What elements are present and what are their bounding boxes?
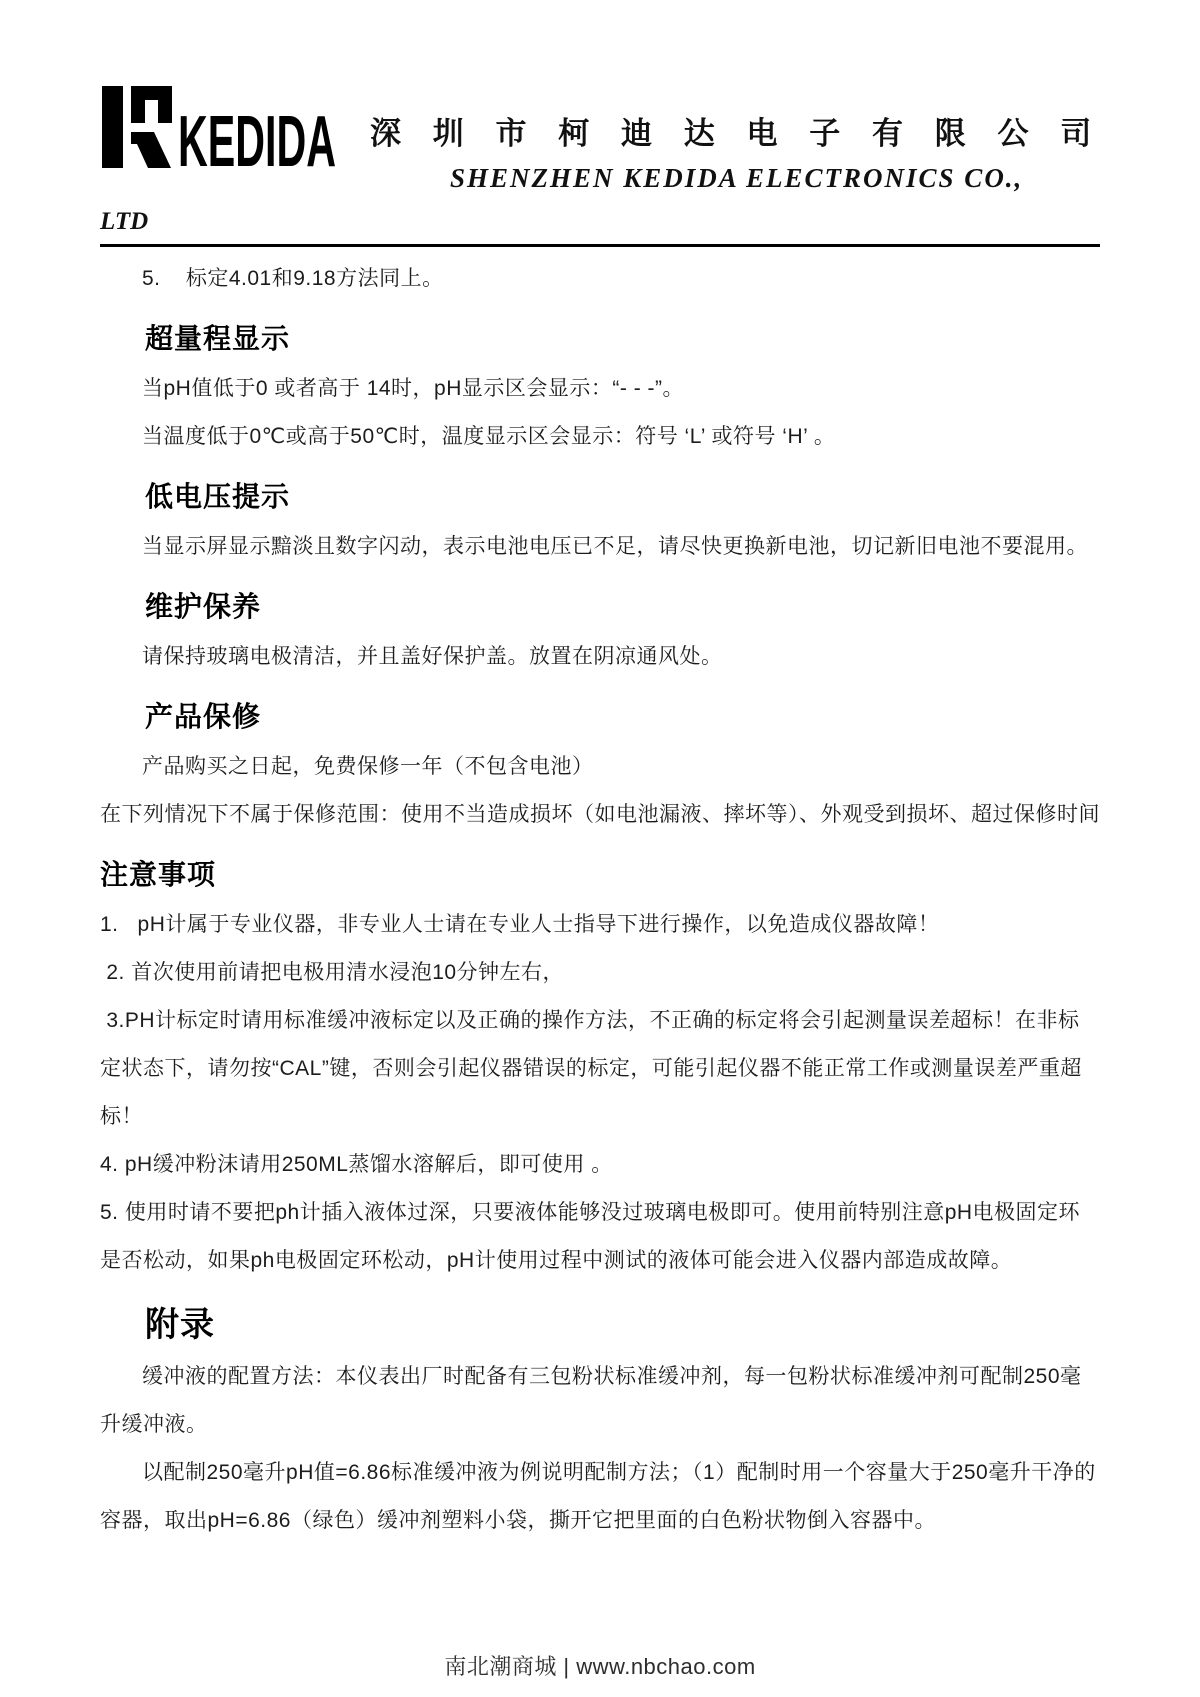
list-item-5: 5. 标定4.01和9.18方法同上。 [100,255,1100,303]
document-body: 5. 标定4.01和9.18方法同上。 超量程显示 当pH值低于0 或者高于 1… [0,255,1200,1545]
document-header: KEDIDA 深 圳 市 柯 迪 达 电 子 有 限 公 司 SHENZHEN … [0,0,1200,247]
logo-k-bar [102,86,123,168]
section-heading-over-range: 超量程显示 [145,319,1100,359]
section-heading-low-voltage: 低电压提示 [145,477,1100,517]
paragraph: 当温度低于0℃或高于50℃时，温度显示区会显示：符号 ‘L’ 或符号 ‘H’ 。 [100,413,1100,461]
kedida-logo: KEDIDA [100,78,340,174]
section-heading-precautions: 注意事项 [100,855,1100,895]
section-heading-appendix: 附录 [145,1303,1100,1347]
section-heading-warranty: 产品保修 [145,697,1100,737]
page-footer: 南北潮商城 | www.nbchao.com [0,1650,1200,1681]
precaution-item-2: 2. 首次使用前请把电极用清水浸泡10分钟左右， [100,949,1100,997]
logo-wordmark: KEDIDA [178,102,336,174]
precaution-item-4: 4. pH缓冲粉沫请用250ML蒸馏水溶解后，即可使用 。 [100,1141,1100,1189]
company-name-chinese: 深 圳 市 柯 迪 达 电 子 有 限 公 司 [370,108,1103,153]
precaution-item-3: 3.PH计标定时请用标准缓冲液标定以及正确的操作方法，不正确的标定将会引起测量误… [100,997,1100,1141]
logo-k-leg [131,132,171,168]
company-name-english: SHENZHEN KEDIDA ELECTRONICS CO., [370,163,1103,194]
kedida-logo-icon: KEDIDA [100,78,340,174]
header-divider [100,244,1100,247]
section-heading-maintenance: 维护保养 [145,587,1100,627]
paragraph: 请保持玻璃电极清洁，并且盖好保护盖。放置在阴凉通风处。 [100,633,1100,681]
appendix-paragraph-1: 缓冲液的配置方法：本仪表出厂时配备有三包粉状标准缓冲剂，每一包粉状标准缓冲剂可配… [100,1353,1100,1449]
appendix-paragraph-2: 以配制250毫升pH值=6.86标准缓冲液为例说明配制方法；（1）配制时用一个容… [100,1449,1100,1545]
paragraph: 当pH值低于0 或者高于 14时，pH显示区会显示：“- - -”。 [100,365,1100,413]
logo-k-top-arm [131,86,172,123]
precaution-item-1: 1. pH计属于专业仪器，非专业人士请在专业人士指导下进行操作，以免造成仪器故障… [100,901,1100,949]
footer-watermark: 南北潮商城 | www.nbchao.com [444,1654,755,1679]
precaution-item-5: 5. 使用时请不要把ph计插入液体过深，只要液体能够没过玻璃电极即可。使用前特别… [100,1189,1100,1285]
paragraph: 当显示屏显示黯淡且数字闪动，表示电池电压已不足，请尽快更换新电池，切记新旧电池不… [100,523,1100,571]
paragraph: 产品购买之日起，免费保修一年（不包含电池） [100,743,1100,791]
paragraph: 在下列情况下不属于保修范围：使用不当造成损坏（如电池漏液、摔坏等）、外观受到损坏… [100,791,1100,839]
company-name-ltd: LTD [100,208,1100,236]
document-page: KEDIDA 深 圳 市 柯 迪 达 电 子 有 限 公 司 SHENZHEN … [0,0,1200,1697]
